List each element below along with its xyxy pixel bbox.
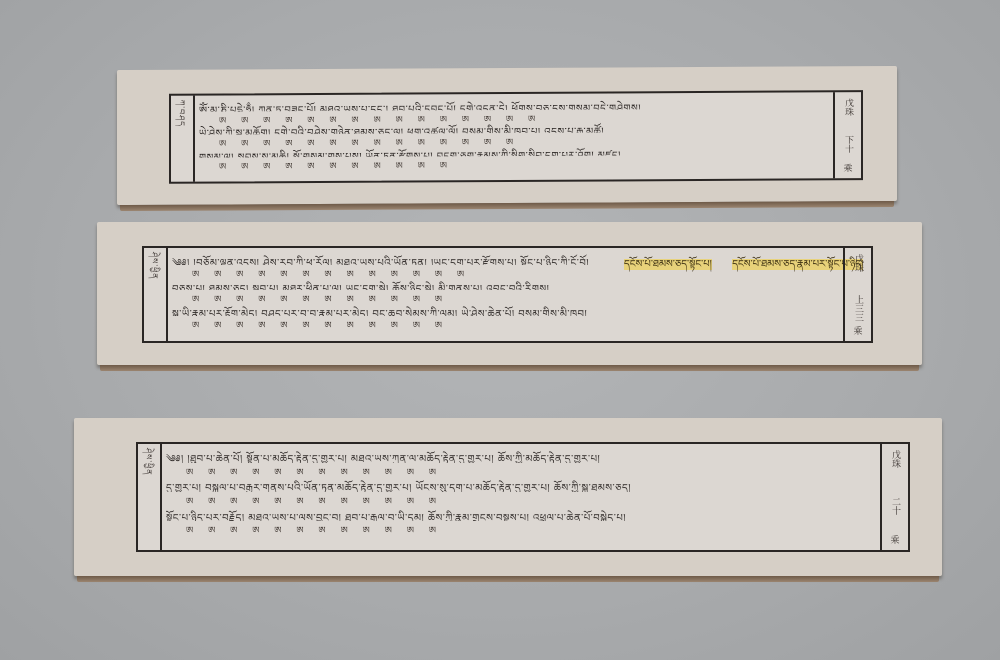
folio-2: ཤེས་ཕྱིན ༄༅། །བཅོམ་ལྡན་འདས། ཤེས་རབ་ཀྱི་ཕ… — [97, 222, 922, 365]
folio-2-right-margin: 戊珠 上三三 乘 — [843, 248, 871, 341]
folio-3-text-block: ༄༅། །ཐུབ་པ་ཆེན་པོ། སྟོན་པ་མཆོད་རྟེན་དུ་ག… — [166, 448, 876, 546]
text-line-sub: ཨ ཨ ཨ ཨ ཨ ཨ ཨ ཨ ཨ ཨ ཨ ཨ — [172, 316, 839, 329]
folio-3-right-margin: 戊珠 二十 乘 — [880, 444, 908, 550]
folio-1-page-number: 下十 — [841, 135, 855, 153]
text-line-sub: ཨ ཨ ཨ ཨ ཨ ཨ ཨ ཨ ཨ ཨ ཨ ཨ — [166, 463, 876, 478]
folio-3: ཤེས་ཕྱིན ༄༅། །ཐུབ་པ་ཆེན་པོ། སྟོན་པ་མཆོད་… — [74, 418, 942, 576]
folio-2-left-margin: ཤེས་ཕྱིན — [144, 248, 168, 341]
folio-1: ཀ་བཤད ཨོཾ་མ་ཎི་པདྨེ་ཧཱུྃ། ཀུན་ཏུ་བཟང་པོ།… — [117, 66, 897, 205]
folio-1-left-margin: ཀ་བཤད — [171, 96, 195, 182]
folio-3-frame: ཤེས་ཕྱིན ༄༅། །ཐུབ་པ་ཆེན་པོ། སྟོན་པ་མཆོད་… — [136, 442, 910, 552]
folio-3-title-chars: 戊珠 — [888, 450, 902, 468]
folio-2-left-margin-label: ཤེས་ཕྱིན — [148, 252, 160, 280]
text-line-sub: ཨ ཨ ཨ ཨ ཨ ཨ ཨ ཨ ཨ ཨ ཨ ཨ — [166, 492, 876, 507]
folio-1-left-margin-label: ཀ་བཤད — [175, 100, 187, 127]
folio-1-right-margin: 戊珠 下十 乘 — [833, 92, 861, 178]
folio-2-seal-char: 乘 — [845, 324, 871, 337]
text-line: ༄༅། །ཐུབ་པ་ཆེན་པོ། སྟོན་པ་མཆོད་རྟེན་དུ་ག… — [166, 448, 876, 463]
text-line-sub: ཨ ཨ ཨ ཨ ཨ ཨ ཨ ཨ ཨ ཨ ཨ ཨ — [172, 290, 839, 303]
text-line: སྐུ་ཡི་རྣམ་པར་རྟོག་མེད། བཤད་པར་བྱ་བ་རྣམ་… — [172, 303, 839, 316]
folio-3-left-margin: ཤེས་ཕྱིན — [138, 444, 162, 550]
folio-3-left-margin-label: ཤེས་ཕྱིན — [142, 448, 154, 476]
folio-3-seal-char: 乘 — [882, 533, 908, 546]
text-line: དུ་གྱུར་པ། བསྐལ་པ་བརྒྱར་གནས་པའི་ཡོན་ཏན་མ… — [166, 477, 876, 492]
text-line-sub: ཨ ཨ ཨ ཨ ཨ ཨ ཨ ཨ ཨ ཨ ཨ ཨ — [166, 521, 876, 536]
highlighted-phrases: དངོས་པོ་ཐམས་ཅད་སྟོང་པ། དངོས་པོ་ཐམས་ཅད་རྣ… — [624, 253, 863, 281]
folio-2-title-chars: 戊珠 — [851, 254, 865, 272]
text-line-sub: ཨ ཨ ཨ ཨ ཨ ཨ ཨ ཨ ཨ ཨ ཨ — [199, 155, 829, 170]
folio-1-frame: ཀ་བཤད ཨོཾ་མ་ཎི་པདྨེ་ཧཱུྃ། ཀུན་ཏུ་བཟང་པོ།… — [169, 90, 863, 184]
folio-1-seal-char: 乘 — [835, 161, 861, 174]
folio-2-page-number: 上三三 — [851, 295, 865, 322]
text-line: སྟོང་པ་ཉིད་པར་བརྗོད། མཐའ་ཡས་པ་ལས་བྱུང་བ།… — [166, 507, 876, 522]
text-segment: ༄༅། །བཅོམ་ལྡན་འདས། ཤེས་རབ་ཀྱི་ཕ་རོལ། མཐའ… — [172, 258, 589, 265]
folio-2-frame: ཤེས་ཕྱིན ༄༅། །བཅོམ་ལྡན་འདས། ཤེས་རབ་ཀྱི་ཕ… — [142, 246, 873, 343]
folio-1-title-chars: 戊珠 — [841, 98, 855, 116]
folio-1-text-block: ཨོཾ་མ་ཎི་པདྨེ་ཧཱུྃ། ཀུན་ཏུ་བཟང་པོ། མཐའ་ཡ… — [199, 96, 829, 177]
folio-3-page-number: 二十 — [888, 497, 902, 515]
highlight-phrase-1: དངོས་པོ་ཐམས་ཅད་སྟོང་པ། — [624, 259, 712, 270]
